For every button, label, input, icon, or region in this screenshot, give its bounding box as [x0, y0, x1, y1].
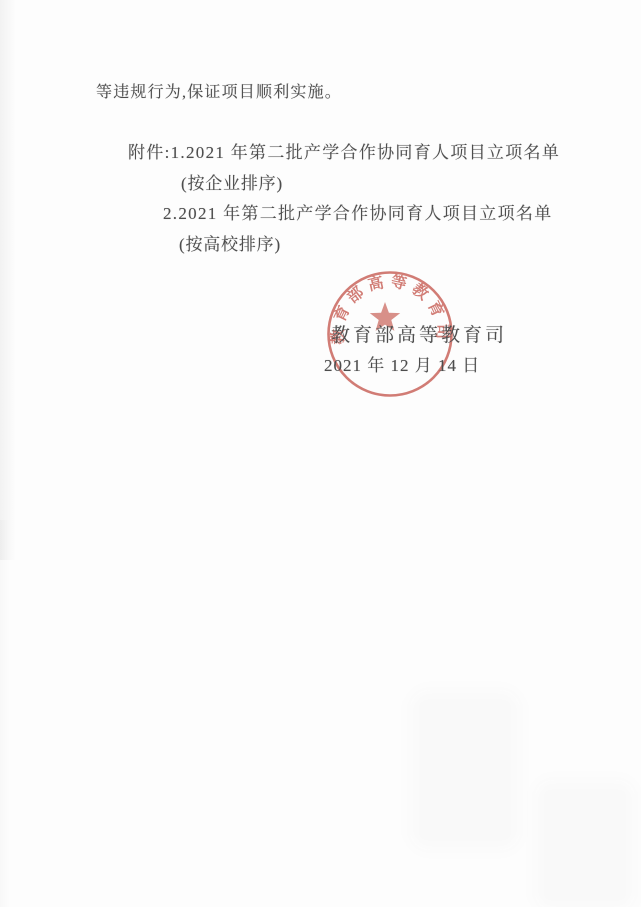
signature-date: 2021 年 12 月 14 日 — [324, 357, 480, 374]
attachment-line-2: 2.2021 年第二批产学合作协同育人项目立项名单 — [163, 205, 553, 222]
page-edge-shadow — [0, 0, 16, 560]
attachment-line-1: 附件:1.2021 年第二批产学合作协同育人项目立项名单 — [128, 144, 560, 161]
body-text-line: 等违规行为,保证项目顺利实施。 — [96, 85, 342, 101]
signature-department: 教育部高等教育司 — [331, 326, 507, 345]
scan-smudge — [535, 780, 635, 907]
scan-smudge — [410, 690, 520, 850]
page-edge-shadow-lower — [0, 520, 10, 907]
attachment-line-2-sort-note: (按高校排序) — [179, 236, 281, 253]
attachment-line-1-sort-note: (按企业排序) — [181, 175, 283, 192]
scanned-document-page: 等违规行为,保证项目顺利实施。 附件:1.2021 年第二批产学合作协同育人项目… — [0, 0, 641, 907]
